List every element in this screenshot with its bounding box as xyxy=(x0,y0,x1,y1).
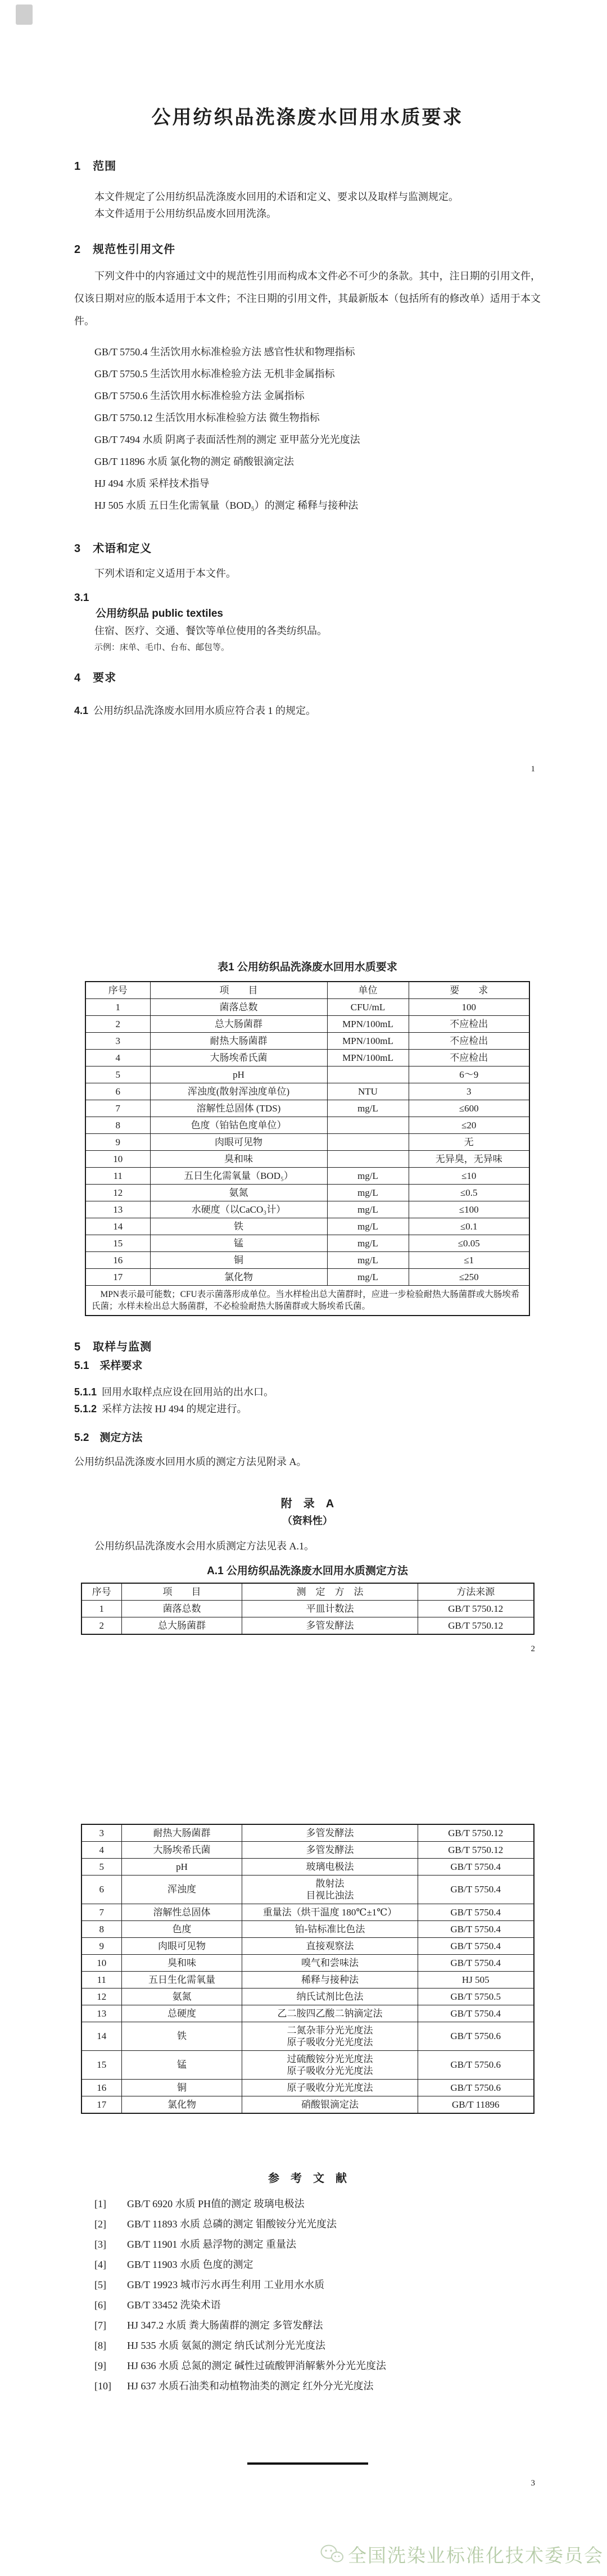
tableA1-cell-method: 过硫酸铵分光光度法 原子吸收分光光度法 xyxy=(242,2050,418,2079)
table1-cell-unit xyxy=(327,1117,409,1133)
tableA1-row: 12 氨氮 纳氏试剂比色法 GB/T 5750.5 xyxy=(81,1988,534,2005)
table1-header-req: 要 求 xyxy=(409,982,529,999)
table1-cell-no: 1 xyxy=(85,998,150,1015)
tableA1-cell-source: GB/T 5750.12 xyxy=(418,1600,534,1617)
normative-reference-item: GB/T 5750.6 生活饮用水标准检验方法 金属指标 xyxy=(74,385,541,407)
reference-text: GB/T 11903 水质 色度的测定 xyxy=(127,2259,253,2270)
tableA1-cell-method: 嗅气和尝味法 xyxy=(242,1954,418,1971)
reference-item: [6]GB/T 33452 洗染术语 xyxy=(74,2295,541,2315)
tableA1-cell-source: GB/T 5750.12 xyxy=(418,1824,534,1842)
table1-cell-unit: MPN/100mL xyxy=(327,1015,409,1032)
tableA1-cell-method: 二氮杂菲分光光度法 原子吸收分光光度法 xyxy=(242,2022,418,2050)
tableA1-row: 13 总硬度 乙二胺四乙酸二钠滴定法 GB/T 5750.4 xyxy=(81,2005,534,2022)
tableA1-cell-item: 铜 xyxy=(122,2079,242,2096)
tableA1-cell-no: 3 xyxy=(81,1824,122,1842)
reference-number: [2] xyxy=(94,2214,127,2234)
section-scope-heading: 1 范围 xyxy=(74,159,541,174)
table1-row: 1 菌落总数 CFU/mL 100 xyxy=(85,998,529,1015)
section-requirements-heading: 4 要求 xyxy=(74,671,541,685)
tableA1-cell-source: GB/T 5750.4 xyxy=(418,1858,534,1875)
clause-text: 回用水取样点应设在回用站的出水口。 xyxy=(102,1386,274,1398)
tableA1-row: 14 铁 二氮杂菲分光光度法 原子吸收分光光度法 GB/T 5750.6 xyxy=(81,2022,534,2050)
table1-row: 5 pH 6～9 xyxy=(85,1066,529,1083)
table1-cell-req: ≤10 xyxy=(409,1167,529,1184)
corner-mark xyxy=(16,4,33,25)
tableA1-cell-no: 11 xyxy=(81,1971,122,1988)
tableA1-cell-no: 1 xyxy=(81,1600,122,1617)
table1-cell-item: pH xyxy=(150,1066,327,1083)
table1-cell-req: 不应检出 xyxy=(409,1032,529,1049)
tableA1-cell-method: 纳氏试剂比色法 xyxy=(242,1988,418,2005)
reference-text: GB/T 6920 水质 PH值的测定 玻璃电极法 xyxy=(127,2198,305,2209)
tableA1-cell-source: GB/T 11896 xyxy=(418,2096,534,2113)
tableA1-cell-no: 6 xyxy=(81,1875,122,1904)
table1-cell-item: 氨氮 xyxy=(150,1184,327,1201)
tableA1-header-item: 项 目 xyxy=(122,1583,242,1601)
reference-item: [5]GB/T 19923 城市污水再生利用 工业用水水质 xyxy=(74,2275,541,2295)
appendix-subtitle: （资料性） xyxy=(74,1514,541,1527)
tableA1-cell-no: 15 xyxy=(81,2050,122,2079)
references-heading: 参 考 文 献 xyxy=(74,2171,541,2186)
table1-cell-item: 五日生化需氧量（BOD₅） xyxy=(150,1167,327,1184)
tableA1-cell-method: 多管发酵法 xyxy=(242,1617,418,1634)
tableA1-cell-item: 溶解性总固体 xyxy=(122,1904,242,1920)
tableA1-cell-method: 平皿计数法 xyxy=(242,1600,418,1617)
table1-cell-unit: mg/L xyxy=(327,1100,409,1117)
reference-item: [2]GB/T 11893 水质 总磷的测定 钼酸铵分光光度法 xyxy=(74,2214,541,2234)
table1-row: 10 臭和味 无异臭，无异味 xyxy=(85,1150,529,1167)
tableA1-header-source: 方法来源 xyxy=(418,1583,534,1601)
table1-row: 9 肉眼可见物 无 xyxy=(85,1133,529,1150)
table1-cell-req: ≤600 xyxy=(409,1100,529,1117)
table1-row: 8 色度（铂钴色度单位） ≤20 xyxy=(85,1117,529,1133)
normative-reference-item: GB/T 5750.4 生活饮用水标准检验方法 感官性状和物理指标 xyxy=(74,341,541,363)
tableA1-cell-method: 原子吸收分光光度法 xyxy=(242,2079,418,2096)
reference-text: GB/T 33452 洗染术语 xyxy=(127,2299,221,2311)
tableA1-cell-method: 乙二胺四乙酸二钠滴定法 xyxy=(242,2005,418,2022)
tableA1-cell-no: 14 xyxy=(81,2022,122,2050)
reference-number: [1] xyxy=(94,2194,127,2214)
table1-row: 3 耐热大肠菌群 MPN/100mL 不应检出 xyxy=(85,1032,529,1049)
reference-number: [3] xyxy=(94,2234,127,2254)
tableA1-cell-method: 铂-钴标准比色法 xyxy=(242,1920,418,1937)
tableA1-cell-item: 总大肠菌群 xyxy=(122,1617,242,1634)
table1-cell-unit: mg/L xyxy=(327,1167,409,1184)
table1-cell-req: ≤100 xyxy=(409,1201,529,1218)
table1-header-row: 序号 项 目 单位 要 求 xyxy=(85,982,529,999)
tableA1-cell-source: GB/T 5750.4 xyxy=(418,2005,534,2022)
table1-cell-unit: mg/L xyxy=(327,1218,409,1235)
table1-caption: 表1 公用纺织品洗涤废水回用水质要求 xyxy=(74,961,541,974)
reference-number: [8] xyxy=(94,2335,127,2356)
normative-reference-item: GB/T 5750.5 生活饮用水标准检验方法 无机非金属指标 xyxy=(74,363,541,385)
tableA1-cell-method: 玻璃电极法 xyxy=(242,1858,418,1875)
page-number-1: 1 xyxy=(74,763,541,775)
table1-cell-item: 铜 xyxy=(150,1251,327,1268)
table1-cell-no: 14 xyxy=(85,1218,150,1235)
tableA1-cell-no: 5 xyxy=(81,1858,122,1875)
watermark-footer: 全国洗染业标准化技术委员会 xyxy=(320,2544,604,2568)
terms-intro: 下列术语和定义适用于本文件。 xyxy=(74,565,541,582)
tableA1-cell-method: 重量法（烘干温度 180℃±1℃） xyxy=(242,1904,418,1920)
clause-text: 公用纺织品洗涤废水回用水质应符合表 1 的规定。 xyxy=(93,705,316,716)
tableA1-cell-method: 稀释与接种法 xyxy=(242,1971,418,1988)
table1-row: 6 浑浊度(散射浑浊度单位) NTU 3 xyxy=(85,1083,529,1100)
table1-cell-no: 17 xyxy=(85,1268,150,1285)
tableA1-row: 2 总大肠菌群 多管发酵法 GB/T 5750.12 xyxy=(81,1617,534,1634)
table1-header-unit: 单位 xyxy=(327,982,409,999)
tableA1-cell-no: 16 xyxy=(81,2079,122,2096)
tableA1-cell-item: 耐热大肠菌群 xyxy=(122,1824,242,1842)
tableA1-cell-source: GB/T 5750.4 xyxy=(418,1904,534,1920)
table-a1-page3-continuation: 3 耐热大肠菌群 多管发酵法 GB/T 5750.12 4 大肠埃希氏菌 多管发… xyxy=(81,1824,534,2114)
table1-row: 14 铁 mg/L ≤0.1 xyxy=(85,1218,529,1235)
table1-row: 13 水硬度（以CaCO₃计） mg/L ≤100 xyxy=(85,1201,529,1218)
tableA1-cell-no: 12 xyxy=(81,1988,122,2005)
tableA1-row: 16 铜 原子吸收分光光度法 GB/T 5750.6 xyxy=(81,2079,534,2096)
term-example: 示例：床单、毛巾、台布、邮包等。 xyxy=(74,639,541,656)
tableA1-cell-source: GB/T 5750.12 xyxy=(418,1617,534,1634)
table1-cell-item: 溶解性总固体 (TDS) xyxy=(150,1100,327,1117)
tableA1-cell-source: GB/T 5750.4 xyxy=(418,1920,534,1937)
measurement-method-paragraph: 公用纺织品洗涤废水回用水质的测定方法见附录 A。 xyxy=(74,1453,541,1470)
term-entry: 公用纺织品 public textiles xyxy=(74,605,541,622)
tableA1-cell-no: 13 xyxy=(81,2005,122,2022)
tableA1-cell-no: 7 xyxy=(81,1904,122,1920)
tableA1-cell-source: GB/T 5750.4 xyxy=(418,1937,534,1954)
tableA1-cell-item: 浑浊度 xyxy=(122,1875,242,1904)
table1-cell-item: 水硬度（以CaCO₃计） xyxy=(150,1201,327,1218)
document-title: 公用纺织品洗涤废水回用水质要求 xyxy=(74,0,541,130)
tableA1-cell-item: 肉眼可见物 xyxy=(122,1937,242,1954)
tableA1-cell-item: 锰 xyxy=(122,2050,242,2079)
table1-cell-req: 100 xyxy=(409,998,529,1015)
table1-cell-item: 肉眼可见物 xyxy=(150,1133,327,1150)
table1-row: 12 氨氮 mg/L ≤0.5 xyxy=(85,1184,529,1201)
reference-text: HJ 347.2 水质 粪大肠菌群的测定 多管发酵法 xyxy=(127,2320,323,2331)
section-sampling-heading: 5 取样与监测 xyxy=(74,1340,541,1354)
tableA1-row: 4 大肠埃希氏菌 多管发酵法 GB/T 5750.12 xyxy=(81,1841,534,1858)
tableA1-cell-source: GB/T 5750.12 xyxy=(418,1841,534,1858)
tableA1-row: 5 pH 玻璃电极法 GB/T 5750.4 xyxy=(81,1858,534,1875)
reference-item: [3]GB/T 11901 水质 悬浮物的测定 重量法 xyxy=(74,2234,541,2254)
table1-cell-item: 菌落总数 xyxy=(150,998,327,1015)
reference-text: GB/T 11893 水质 总磷的测定 钼酸铵分光光度法 xyxy=(127,2218,337,2230)
clause-512: 5.1.2 采样方法按 HJ 494 的规定进行。 xyxy=(74,1400,541,1417)
table1-cell-item: 臭和味 xyxy=(150,1150,327,1167)
tableA1-cell-item: 氯化物 xyxy=(122,2096,242,2113)
table1-cell-req: 无异臭，无异味 xyxy=(409,1150,529,1167)
table1-cell-unit: mg/L xyxy=(327,1251,409,1268)
appendix-intro: 公用纺织品洗涤废水会用水质测定方法见表 A.1。 xyxy=(74,1538,541,1554)
table1-cell-no: 7 xyxy=(85,1100,150,1117)
clause-number: 5.1.1 xyxy=(74,1386,97,1398)
appendix-title: 附 录 A xyxy=(74,1496,541,1512)
table1-cell-req: 3 xyxy=(409,1083,529,1100)
reference-text: GB/T 11901 水质 悬浮物的测定 重量法 xyxy=(127,2239,296,2250)
table1-cell-item: 耐热大肠菌群 xyxy=(150,1032,327,1049)
table1-row: 7 溶解性总固体 (TDS) mg/L ≤600 xyxy=(85,1100,529,1117)
tableA1-cell-item: 菌落总数 xyxy=(122,1600,242,1617)
tableA1-row: 10 臭和味 嗅气和尝味法 GB/T 5750.4 xyxy=(81,1954,534,1971)
table1-cell-no: 5 xyxy=(85,1066,150,1083)
table1-cell-item: 锰 xyxy=(150,1235,327,1251)
table1-cell-req: ≤0.05 xyxy=(409,1235,529,1251)
table1-cell-req: 不应检出 xyxy=(409,1015,529,1032)
table1-row: 4 大肠埃希氏菌 MPN/100mL 不应检出 xyxy=(85,1049,529,1066)
clause-number: 4.1 xyxy=(74,705,88,716)
table1-cell-no: 2 xyxy=(85,1015,150,1032)
table1-cell-req: 6～9 xyxy=(409,1066,529,1083)
table1-cell-no: 15 xyxy=(85,1235,150,1251)
reference-text: HJ 637 水质石油类和动植物油类的测定 红外分光光度法 xyxy=(127,2380,374,2392)
reference-number: [10] xyxy=(94,2376,127,2396)
tableA1-cell-method: 多管发酵法 xyxy=(242,1824,418,1842)
reference-number: [5] xyxy=(94,2275,127,2295)
terms-clause-number: 3.1 xyxy=(74,591,541,605)
table1-cell-no: 10 xyxy=(85,1150,150,1167)
tableA1-row: 11 五日生化需氧量 稀释与接种法 HJ 505 xyxy=(81,1971,534,1988)
tableA1-cell-method: 散射法 目视比浊法 xyxy=(242,1875,418,1904)
tableA1-cell-item: 色度 xyxy=(122,1920,242,1937)
table1-footnote: MPN表示最可能数；CFU表示菌落形成单位。当水样检出总大菌群时，应进一步检验耐… xyxy=(85,1285,529,1316)
tableA1-cell-item: 总硬度 xyxy=(122,2005,242,2022)
table1-cell-req: ≤1 xyxy=(409,1251,529,1268)
reference-number: [4] xyxy=(94,2254,127,2275)
table1-cell-req: 不应检出 xyxy=(409,1049,529,1066)
normative-intro: 下列文件中的内容通过文中的规范性引用而构成本文件必不可少的条款。其中，注日期的引… xyxy=(74,265,541,332)
tableA1-cell-item: pH xyxy=(122,1858,242,1875)
normative-reference-item: GB/T 5750.12 生活饮用水标准检验方法 微生物指标 xyxy=(74,407,541,429)
page-number-3: 3 xyxy=(74,2477,541,2489)
table1-cell-item: 总大肠菌群 xyxy=(150,1015,327,1032)
reference-item: [7]HJ 347.2 水质 粪大肠菌群的测定 多管发酵法 xyxy=(74,2315,541,2335)
tableA1-cell-source: HJ 505 xyxy=(418,1971,534,1988)
table1-cell-unit: MPN/100mL xyxy=(327,1049,409,1066)
reference-text: HJ 636 水质 总氮的测定 碱性过硫酸钾消解紫外分光光度法 xyxy=(127,2360,386,2371)
table1-cell-req: ≤0.1 xyxy=(409,1218,529,1235)
clause-number: 5.1.2 xyxy=(74,1403,97,1414)
table1-cell-unit xyxy=(327,1066,409,1083)
table1-cell-req: 无 xyxy=(409,1133,529,1150)
normative-reference-item: HJ 505 水质 五日生化需氧量（BOD₅）的测定 稀释与接种法 xyxy=(74,495,541,517)
tableA1-cell-no: 10 xyxy=(81,1954,122,1971)
tableA1-row: 7 溶解性总固体 重量法（烘干温度 180℃±1℃） GB/T 5750.4 xyxy=(81,1904,534,1920)
term-definition: 住宿、医疗、交通、餐饮等单位使用的各类纺织品。 xyxy=(74,622,541,639)
table1-cell-no: 12 xyxy=(85,1184,150,1201)
tableA1-cell-item: 五日生化需氧量 xyxy=(122,1971,242,1988)
tableA1-cell-source: GB/T 5750.4 xyxy=(418,1954,534,1971)
tableA1-cell-item: 氨氮 xyxy=(122,1988,242,2005)
table1-cell-unit: mg/L xyxy=(327,1268,409,1285)
references-list: [1]GB/T 6920 水质 PH值的测定 玻璃电极法 [2]GB/T 118… xyxy=(74,2194,541,2396)
table1-cell-no: 6 xyxy=(85,1083,150,1100)
scope-paragraph-1: 本文件规定了公用纺织品洗涤废水回用的术语和定义、要求以及取样与监测规定。 xyxy=(74,188,541,205)
clause-text: 采样方法按 HJ 494 的规定进行。 xyxy=(102,1403,247,1414)
table1-cell-unit xyxy=(327,1133,409,1150)
table1-row: 2 总大肠菌群 MPN/100mL 不应检出 xyxy=(85,1015,529,1032)
reference-text: HJ 535 水质 氨氮的测定 纳氏试剂分光光度法 xyxy=(127,2340,325,2351)
table1-cell-no: 13 xyxy=(85,1201,150,1218)
table1-row: 11 五日生化需氧量（BOD₅） mg/L ≤10 xyxy=(85,1167,529,1184)
table1-header-item: 项 目 xyxy=(150,982,327,999)
tableA1-row: 17 氯化物 硝酸银滴定法 GB/T 11896 xyxy=(81,2096,534,2113)
tableA1-cell-source: GB/T 5750.6 xyxy=(418,2079,534,2096)
tableA1-cell-no: 17 xyxy=(81,2096,122,2113)
table1-cell-no: 4 xyxy=(85,1049,150,1066)
tableA1-row: 3 耐热大肠菌群 多管发酵法 GB/T 5750.12 xyxy=(81,1824,534,1842)
reference-item: [9]HJ 636 水质 总氮的测定 碱性过硫酸钾消解紫外分光光度法 xyxy=(74,2356,541,2376)
table1-cell-no: 3 xyxy=(85,1032,150,1049)
tableA1-row: 9 肉眼可见物 直接观察法 GB/T 5750.4 xyxy=(81,1937,534,1954)
table1-cell-unit: MPN/100mL xyxy=(327,1032,409,1049)
tableA1-cell-source: GB/T 5750.5 xyxy=(418,1988,534,2005)
tableA1-cell-item: 臭和味 xyxy=(122,1954,242,1971)
table-a1-page2: 序号 项 目 测 定 方 法 方法来源 1 菌落总数 平皿计数法 GB/T 57… xyxy=(81,1583,534,1635)
tableA1-cell-no: 2 xyxy=(81,1617,122,1634)
document-end-bar xyxy=(247,2462,368,2465)
tableA1-cell-no: 4 xyxy=(81,1841,122,1858)
reference-item: [1]GB/T 6920 水质 PH值的测定 玻璃电极法 xyxy=(74,2194,541,2214)
table1-cell-req: ≤0.5 xyxy=(409,1184,529,1201)
standard-document: 公用纺织品洗涤废水回用水质要求 1 范围 本文件规定了公用纺织品洗涤废水回用的术… xyxy=(0,0,607,2576)
tableA1-caption: A.1 公用纺织品洗涤废水回用水质测定方法 xyxy=(74,1565,541,1578)
subsection-51-heading: 5.1 采样要求 xyxy=(74,1359,541,1373)
tableA1-header-row: 序号 项 目 测 定 方 法 方法来源 xyxy=(81,1583,534,1601)
tableA1-header-method: 测 定 方 法 xyxy=(242,1583,418,1601)
tableA1-cell-source: GB/T 5750.6 xyxy=(418,2022,534,2050)
table1-header-no: 序号 xyxy=(85,982,150,999)
table1-cell-item: 浑浊度(散射浑浊度单位) xyxy=(150,1083,327,1100)
clause-511: 5.1.1 回用水取样点应设在回用站的出水口。 xyxy=(74,1384,541,1400)
table1-cell-unit: NTU xyxy=(327,1083,409,1100)
tableA1-cell-source: GB/T 5750.6 xyxy=(418,2050,534,2079)
reference-item: [10]HJ 637 水质石油类和动植物油类的测定 红外分光光度法 xyxy=(74,2376,541,2396)
table1-row: 17 氯化物 mg/L ≤250 xyxy=(85,1268,529,1285)
tableA1-header-no: 序号 xyxy=(81,1583,122,1601)
reference-text: GB/T 19923 城市污水再生利用 工业用水水质 xyxy=(127,2279,324,2290)
tableA1-cell-item: 大肠埃希氏菌 xyxy=(122,1841,242,1858)
table1-cell-no: 8 xyxy=(85,1117,150,1133)
table1-row: 15 锰 mg/L ≤0.05 xyxy=(85,1235,529,1251)
page-number-2: 2 xyxy=(74,1643,541,1655)
tableA1-cell-method: 直接观察法 xyxy=(242,1937,418,1954)
normative-reference-item: GB/T 11896 水质 氯化物的测定 硝酸银滴定法 xyxy=(74,451,541,473)
table1-cell-item: 铁 xyxy=(150,1218,327,1235)
normative-reference-item: GB/T 7494 水质 阴离子表面活性剂的测定 亚甲蓝分光光度法 xyxy=(74,429,541,451)
table1-cell-req: ≤250 xyxy=(409,1268,529,1285)
table1-footnote-row: MPN表示最可能数；CFU表示菌落形成单位。当水样检出总大菌群时，应进一步检验耐… xyxy=(85,1285,529,1316)
table1-row: 16 铜 mg/L ≤1 xyxy=(85,1251,529,1268)
tableA1-cell-method: 多管发酵法 xyxy=(242,1841,418,1858)
tableA1-cell-item: 铁 xyxy=(122,2022,242,2050)
wechat-icon xyxy=(320,2544,345,2568)
section-terms-heading: 3 术语和定义 xyxy=(74,541,541,556)
tableA1-row: 15 锰 过硫酸铵分光光度法 原子吸收分光光度法 GB/T 5750.6 xyxy=(81,2050,534,2079)
normative-reference-list: GB/T 5750.4 生活饮用水标准检验方法 感官性状和物理指标 GB/T 5… xyxy=(74,341,541,517)
tableA1-row: 6 浑浊度 散射法 目视比浊法 GB/T 5750.4 xyxy=(81,1875,534,1904)
footer-organization: 全国洗染业标准化技术委员会 xyxy=(348,2546,604,2566)
reference-number: [6] xyxy=(94,2295,127,2315)
reference-item: [8]HJ 535 水质 氨氮的测定 纳氏试剂分光光度法 xyxy=(74,2335,541,2356)
table1-cell-unit: CFU/mL xyxy=(327,998,409,1015)
table1-cell-item: 色度（铂钴色度单位） xyxy=(150,1117,327,1133)
normative-reference-item: HJ 494 水质 采样技术指导 xyxy=(74,473,541,495)
subsection-52-heading: 5.2 测定方法 xyxy=(74,1431,541,1445)
table1-cell-no: 9 xyxy=(85,1133,150,1150)
tableA1-cell-no: 8 xyxy=(81,1920,122,1937)
table1-cell-no: 16 xyxy=(85,1251,150,1268)
tableA1-cell-source: GB/T 5750.4 xyxy=(418,1875,534,1904)
reference-number: [9] xyxy=(94,2356,127,2376)
table1-cell-unit: mg/L xyxy=(327,1184,409,1201)
tableA1-row: 1 菌落总数 平皿计数法 GB/T 5750.12 xyxy=(81,1600,534,1617)
table1-cell-no: 11 xyxy=(85,1167,150,1184)
tableA1-cell-no: 9 xyxy=(81,1937,122,1954)
requirements-clause: 4.1 公用纺织品洗涤废水回用水质应符合表 1 的规定。 xyxy=(74,702,541,719)
table1-cell-item: 大肠埃希氏菌 xyxy=(150,1049,327,1066)
table1-cell-unit: mg/L xyxy=(327,1201,409,1218)
table-1-water-quality: 序号 项 目 单位 要 求 1 菌落总数 CFU/mL 100 xyxy=(85,981,530,1316)
section-normative-heading: 2 规范性引用文件 xyxy=(74,242,541,257)
tableA1-row: 8 色度 铂-钴标准比色法 GB/T 5750.4 xyxy=(81,1920,534,1937)
table1-cell-item: 氯化物 xyxy=(150,1268,327,1285)
tableA1-cell-method: 硝酸银滴定法 xyxy=(242,2096,418,2113)
table1-cell-req: ≤20 xyxy=(409,1117,529,1133)
table1-cell-unit xyxy=(327,1150,409,1167)
table1-cell-unit: mg/L xyxy=(327,1235,409,1251)
scope-paragraph-2: 本文件适用于公用纺织品废水回用洗涤。 xyxy=(74,205,541,222)
reference-item: [4]GB/T 11903 水质 色度的测定 xyxy=(74,2254,541,2275)
reference-number: [7] xyxy=(94,2315,127,2335)
